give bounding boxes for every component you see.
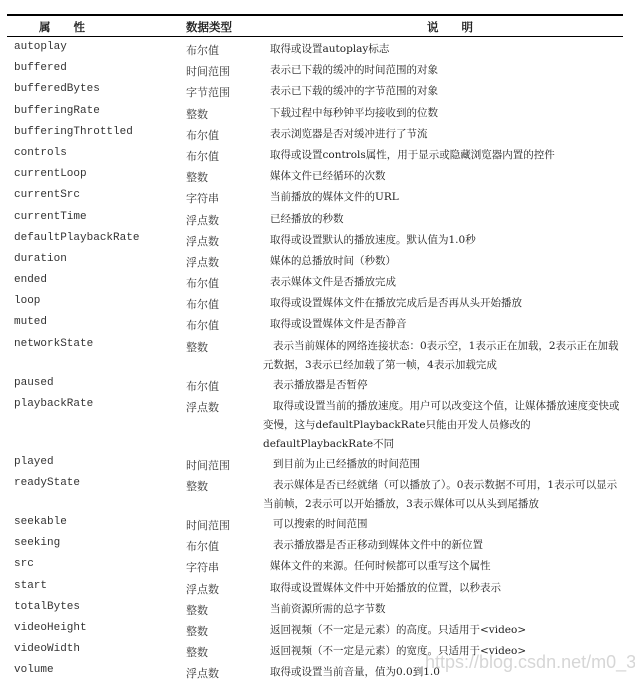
attribute-cell: videoHeight (7, 620, 186, 634)
description-cell: 媒体文件已经循环的次数 (270, 166, 623, 186)
table-row: seeking布尔值表示播放器是否正移动到媒体文件中的新位置 (7, 535, 623, 556)
table-row: start浮点数取得或设置媒体文件中开始播放的位置，以秒表示 (7, 578, 623, 599)
table-row: videoWidth整数返回视频（不一定是元素）的宽度。只适用于<video> (7, 641, 623, 662)
type-cell: 整数 (186, 641, 270, 660)
table-row: autoplay布尔值取得或设置autoplay标志 (7, 39, 623, 60)
table-row: loop布尔值取得或设置媒体文件在播放完成后是否再从头开始播放 (7, 293, 623, 314)
description-cell: 已经播放的秒数 (270, 209, 623, 229)
attribute-cell: seeking (7, 535, 186, 549)
table-row: muted布尔值取得或设置媒体文件是否静音 (7, 314, 623, 335)
type-cell: 时间范围 (186, 514, 270, 533)
attribute-cell: buffered (7, 60, 186, 74)
attribute-cell: src (7, 556, 186, 570)
table-body: autoplay布尔值取得或设置autoplay标志buffered时间范围表示… (7, 37, 623, 684)
type-cell: 时间范围 (186, 454, 270, 473)
description-cell: 表示播放器是否正移动到媒体文件中的新位置 (263, 535, 623, 555)
description-cell: 取得或设置媒体文件在播放完成后是否再从头开始播放 (270, 293, 623, 313)
table-row: buffered时间范围表示已下载的缓冲的时间范围的对象 (7, 60, 623, 81)
table-row: networkState整数表示当前媒体的网络连接状态：0表示空，1表示正在加载… (7, 336, 623, 375)
header-attribute: 属 性 (39, 19, 85, 35)
type-cell: 整数 (186, 336, 270, 355)
description-cell: 取得或设置controls属性，用于显示或隐藏浏览器内置的控件 (270, 145, 623, 165)
description-cell: 到目前为止已经播放的时间范围 (263, 454, 623, 474)
description-cell: 表示播放器是否暂停 (263, 375, 623, 395)
attribute-cell: videoWidth (7, 641, 186, 655)
table-row: played时间范围到目前为止已经播放的时间范围 (7, 454, 623, 475)
attribute-cell: totalBytes (7, 599, 186, 613)
attribute-cell: paused (7, 375, 186, 389)
table-row: volume浮点数取得或设置当前音量，值为0.0到1.0 (7, 662, 623, 683)
attribute-cell: bufferedBytes (7, 81, 186, 95)
description-cell: 取得或设置当前的播放速度。用户可以改变这个值，让媒体播放速度变快或变慢，这与de… (263, 396, 623, 454)
type-cell: 布尔值 (186, 535, 270, 554)
attribute-cell: loop (7, 293, 186, 307)
description-cell: 表示媒体是否已经就绪（可以播放了）。0表示数据不可用，1表示可以显示当前帧，2表… (263, 475, 623, 514)
attribute-cell: defaultPlaybackRate (7, 230, 186, 244)
attribute-cell: seekable (7, 514, 186, 528)
type-cell: 浮点数 (186, 230, 270, 249)
description-cell: 表示浏览器是否对缓冲进行了节流 (270, 124, 623, 144)
media-properties-table: 属 性 数据类型 说 明 autoplay布尔值取得或设置autoplay标志b… (7, 14, 623, 687)
type-cell: 整数 (186, 475, 270, 494)
attribute-cell: muted (7, 314, 186, 328)
type-cell: 布尔值 (186, 145, 270, 164)
description-cell: 取得或设置默认的播放速度。默认值为1.0秒 (270, 230, 623, 250)
type-cell: 布尔值 (186, 375, 270, 394)
type-cell: 浮点数 (186, 396, 270, 415)
attribute-cell: readyState (7, 475, 186, 489)
description-cell: 下载过程中每秒钟平均接收到的位数 (270, 103, 623, 123)
description-cell: 当前播放的媒体文件的URL (270, 187, 623, 207)
description-cell: 媒体文件的来源。任何时候都可以重写这个属性 (270, 556, 623, 576)
table-row: defaultPlaybackRate浮点数取得或设置默认的播放速度。默认值为1… (7, 230, 623, 251)
attribute-cell: bufferingRate (7, 103, 186, 117)
table-header: 属 性 数据类型 说 明 (7, 16, 623, 36)
attribute-cell: volume (7, 662, 186, 676)
description-cell: 取得或设置媒体文件是否静音 (270, 314, 623, 334)
description-cell: 媒体的总播放时间（秒数） (270, 251, 623, 271)
attribute-cell: played (7, 454, 186, 468)
table-row: ended布尔值表示媒体文件是否播放完成 (7, 272, 623, 293)
type-cell: 布尔值 (186, 39, 270, 58)
table-row: src字符串媒体文件的来源。任何时候都可以重写这个属性 (7, 556, 623, 577)
type-cell: 布尔值 (186, 314, 270, 333)
table-row: seekable时间范围可以搜索的时间范围 (7, 514, 623, 535)
table-row: controls布尔值取得或设置controls属性，用于显示或隐藏浏览器内置的… (7, 145, 623, 166)
description-cell: 取得或设置当前音量，值为0.0到1.0 (270, 662, 623, 682)
type-cell: 浮点数 (186, 662, 270, 681)
type-cell: 字节范围 (186, 81, 270, 100)
table-row: currentLoop整数媒体文件已经循环的次数 (7, 166, 623, 187)
attribute-cell: autoplay (7, 39, 186, 53)
header-description: 说 明 (427, 19, 473, 35)
type-cell: 整数 (186, 103, 270, 122)
table-row: videoHeight整数返回视频（不一定是元素）的高度。只适用于<video> (7, 620, 623, 641)
type-cell: 浮点数 (186, 209, 270, 228)
attribute-cell: duration (7, 251, 186, 265)
type-cell: 浮点数 (186, 251, 270, 270)
type-cell: 浮点数 (186, 578, 270, 597)
description-cell: 表示媒体文件是否播放完成 (270, 272, 623, 292)
attribute-cell: currentSrc (7, 187, 186, 201)
attribute-cell: networkState (7, 336, 186, 350)
attribute-cell: playbackRate (7, 396, 186, 410)
table-row: currentSrc字符串当前播放的媒体文件的URL (7, 187, 623, 208)
table-row: bufferingThrottled布尔值表示浏览器是否对缓冲进行了节流 (7, 124, 623, 145)
type-cell: 布尔值 (186, 293, 270, 312)
description-cell: 返回视频（不一定是元素）的高度。只适用于<video> (270, 620, 623, 640)
description-cell: 返回视频（不一定是元素）的宽度。只适用于<video> (270, 641, 623, 661)
description-cell: 表示已下载的缓冲的字节范围的对象 (270, 81, 623, 101)
table-row: bufferedBytes字节范围表示已下载的缓冲的字节范围的对象 (7, 81, 623, 102)
table-row: paused布尔值表示播放器是否暂停 (7, 375, 623, 396)
attribute-cell: currentTime (7, 209, 186, 223)
type-cell: 时间范围 (186, 60, 270, 79)
table-row: currentTime浮点数已经播放的秒数 (7, 209, 623, 230)
header-type: 数据类型 (186, 19, 232, 35)
type-cell: 整数 (186, 166, 270, 185)
type-cell: 布尔值 (186, 124, 270, 143)
table-row: readyState整数表示媒体是否已经就绪（可以播放了）。0表示数据不可用，1… (7, 475, 623, 514)
description-cell: 表示已下载的缓冲的时间范围的对象 (270, 60, 623, 80)
type-cell: 字符串 (186, 187, 270, 206)
attribute-cell: start (7, 578, 186, 592)
table-row: playbackRate浮点数取得或设置当前的播放速度。用户可以改变这个值，让媒… (7, 396, 623, 454)
attribute-cell: controls (7, 145, 186, 159)
type-cell: 字符串 (186, 556, 270, 575)
attribute-cell: bufferingThrottled (7, 124, 186, 138)
attribute-cell: currentLoop (7, 166, 186, 180)
description-cell: 取得或设置autoplay标志 (270, 39, 623, 59)
table-row: duration浮点数媒体的总播放时间（秒数） (7, 251, 623, 272)
description-cell: 可以搜索的时间范围 (263, 514, 623, 534)
table-row: totalBytes整数当前资源所需的总字节数 (7, 599, 623, 620)
description-cell: 表示当前媒体的网络连接状态：0表示空，1表示正在加载，2表示正在加载元数据，3表… (263, 336, 623, 375)
description-cell: 取得或设置媒体文件中开始播放的位置，以秒表示 (270, 578, 623, 598)
table-row: bufferingRate整数下载过程中每秒钟平均接收到的位数 (7, 103, 623, 124)
type-cell: 布尔值 (186, 272, 270, 291)
description-cell: 当前资源所需的总字节数 (270, 599, 623, 619)
type-cell: 整数 (186, 599, 270, 618)
attribute-cell: ended (7, 272, 186, 286)
type-cell: 整数 (186, 620, 270, 639)
